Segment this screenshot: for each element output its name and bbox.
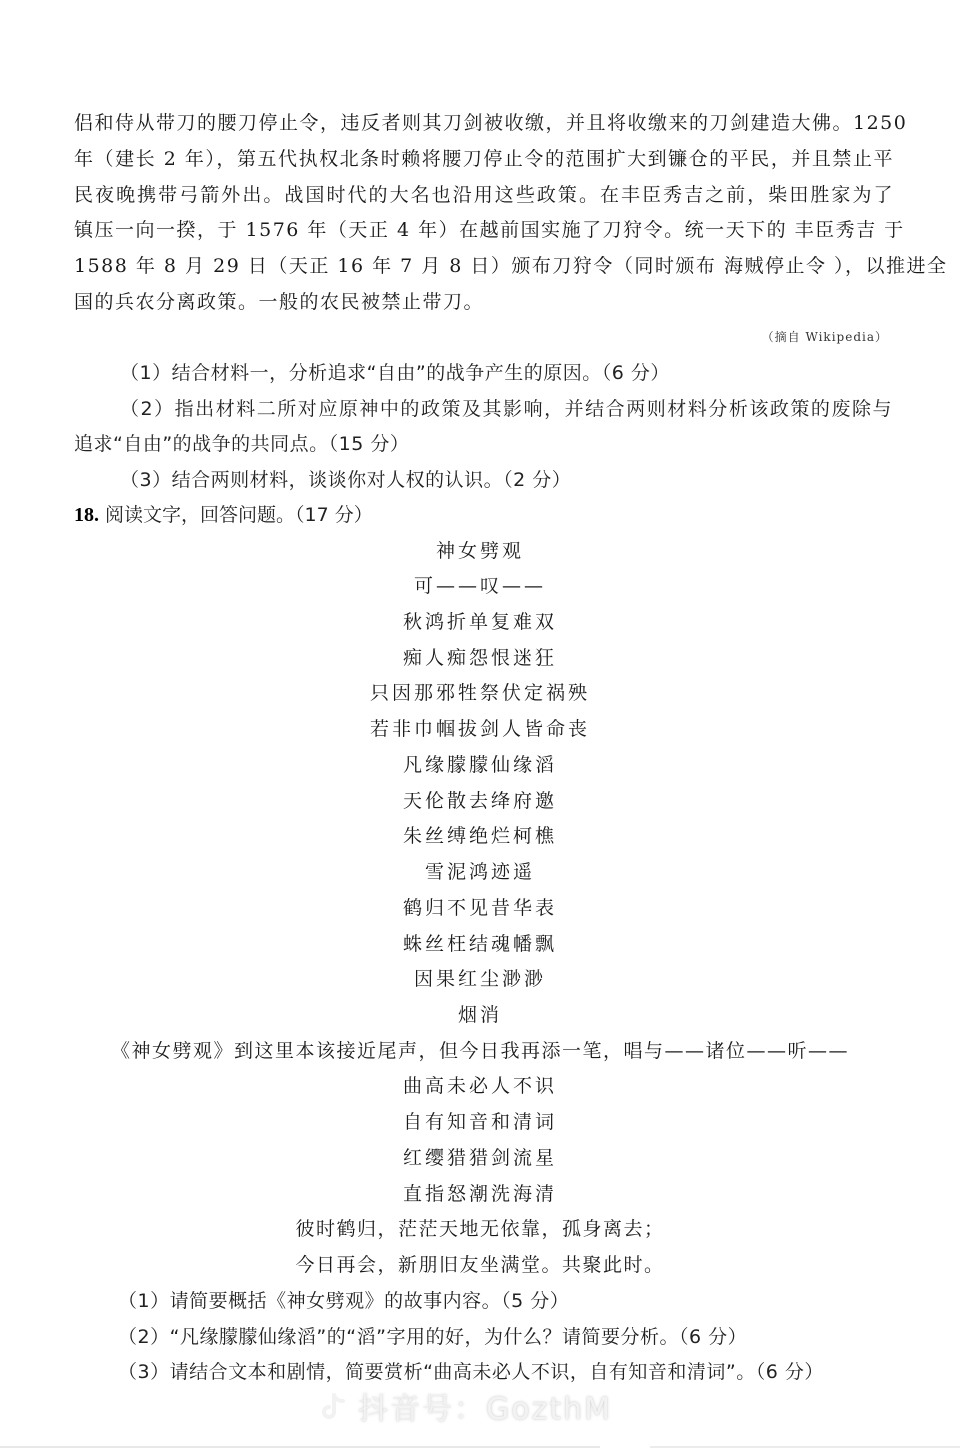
coda-line: 曲高未必人不识: [0, 1074, 960, 1098]
douyin-logo-icon: [320, 1393, 346, 1423]
poem-line: 只因那邪牲祭伏定祸殃: [0, 681, 960, 705]
poem-line: 烟消: [0, 1003, 960, 1027]
poem-line: 朱丝缚绝烂柯樵: [0, 824, 960, 848]
closing-line: 彼时鹤归，茫茫天地无依靠，孤身离去；: [0, 1217, 960, 1241]
material-line: 侣和侍从带刀的腰刀停止令，违反者则其刀剑被收缴，并且将收缴来的刀剑建造大佛。12…: [74, 111, 894, 135]
source-citation: （摘自 Wikipedia）: [762, 328, 888, 345]
q18-number: 18.: [74, 504, 99, 526]
bottom-divider: [0, 1446, 600, 1448]
watermark: 抖音号：GozthM: [320, 1384, 612, 1428]
closing-line: 今日再会，新朋旧友坐满堂。共聚此时。: [0, 1253, 960, 1277]
coda-line: 直指怒潮洗海清: [0, 1182, 960, 1206]
coda-line: 自有知音和清词: [0, 1110, 960, 1134]
q17-sub-2-cont: 追求“自由”的战争的共同点。（15 分）: [74, 432, 409, 456]
watermark-text: 抖音号：GozthM: [358, 1392, 612, 1427]
poem-line: 因果红尘渺渺: [0, 967, 960, 991]
bottom-divider: [650, 1446, 960, 1448]
poem-line: 鹤归不见昔华表: [0, 896, 960, 920]
q18-heading: 18.阅读文字，回答问题。（17 分）: [74, 503, 373, 527]
q18-sub-1: （1）请简要概括《神女劈观》的故事内容。（5 分）: [118, 1289, 569, 1313]
poem-line: 雪泥鸿迹遥: [0, 860, 960, 884]
q17-sub-3: （3）结合两则材料，谈谈你对人权的认识。（2 分）: [120, 468, 571, 492]
q18-sub-3: （3）请结合文本和剧情，简要赏析“曲高未必人不识，自有知音和清词”。（6 分）: [118, 1360, 824, 1384]
exam-page: 侣和侍从带刀的腰刀停止令，违反者则其刀剑被收缴，并且将收缴来的刀剑建造大佛。12…: [0, 0, 960, 1452]
material-line: 镇压一向一揆，于 1576 年（天正 4 年）在越前国实施了刀狩令。统一天下的 …: [74, 218, 894, 242]
coda-line: 红缨猎猎剑流星: [0, 1146, 960, 1170]
poem-line: 若非巾帼拔剑人皆命丧: [0, 717, 960, 741]
q17-sub-2: （2）指出材料二所对应原神中的政策及其影响，并结合两则材料分析该政策的废除与: [120, 397, 892, 421]
poem-line: 凡缘朦朦仙缘滔: [0, 753, 960, 777]
material-line: 国的兵农分离政策。一般的农民被禁止带刀。: [74, 290, 894, 314]
poem-line: 天伦散去绛府邀: [0, 789, 960, 813]
poem-line: 秋鸿折单复难双: [0, 610, 960, 634]
material-line: 1588 年 8 月 29 日（天正 16 年 7 月 8 日）颁布刀狩令（同时…: [74, 254, 894, 278]
poem-line: 蛛丝枉结魂幡飘: [0, 932, 960, 956]
poem-transition: 《神女劈观》到这里本该接近尾声，但今日我再添一笔，唱与——诸位——听——: [0, 1039, 960, 1063]
poem-line: 可——叹——: [0, 574, 960, 598]
material-line: 年（建长 2 年），第五代执权北条时赖将腰刀停止令的范围扩大到镰仓的平民，并且禁…: [74, 147, 894, 171]
material-line: 民夜晚携带弓箭外出。战国时代的大名也沿用这些政策。在丰臣秀吉之前，柴田胜家为了: [74, 183, 894, 207]
poem-line: 痴人痴怨恨迷狂: [0, 646, 960, 670]
poem-title: 神女劈观: [0, 539, 960, 563]
q18-prompt: 阅读文字，回答问题。（17 分）: [105, 504, 373, 526]
q18-sub-2: （2）“凡缘朦朦仙缘滔”的“滔”字用的好，为什么？请简要分析。（6 分）: [118, 1325, 747, 1349]
q17-sub-1: （1）结合材料一，分析追求“自由”的战争产生的原因。（6 分）: [120, 361, 670, 385]
